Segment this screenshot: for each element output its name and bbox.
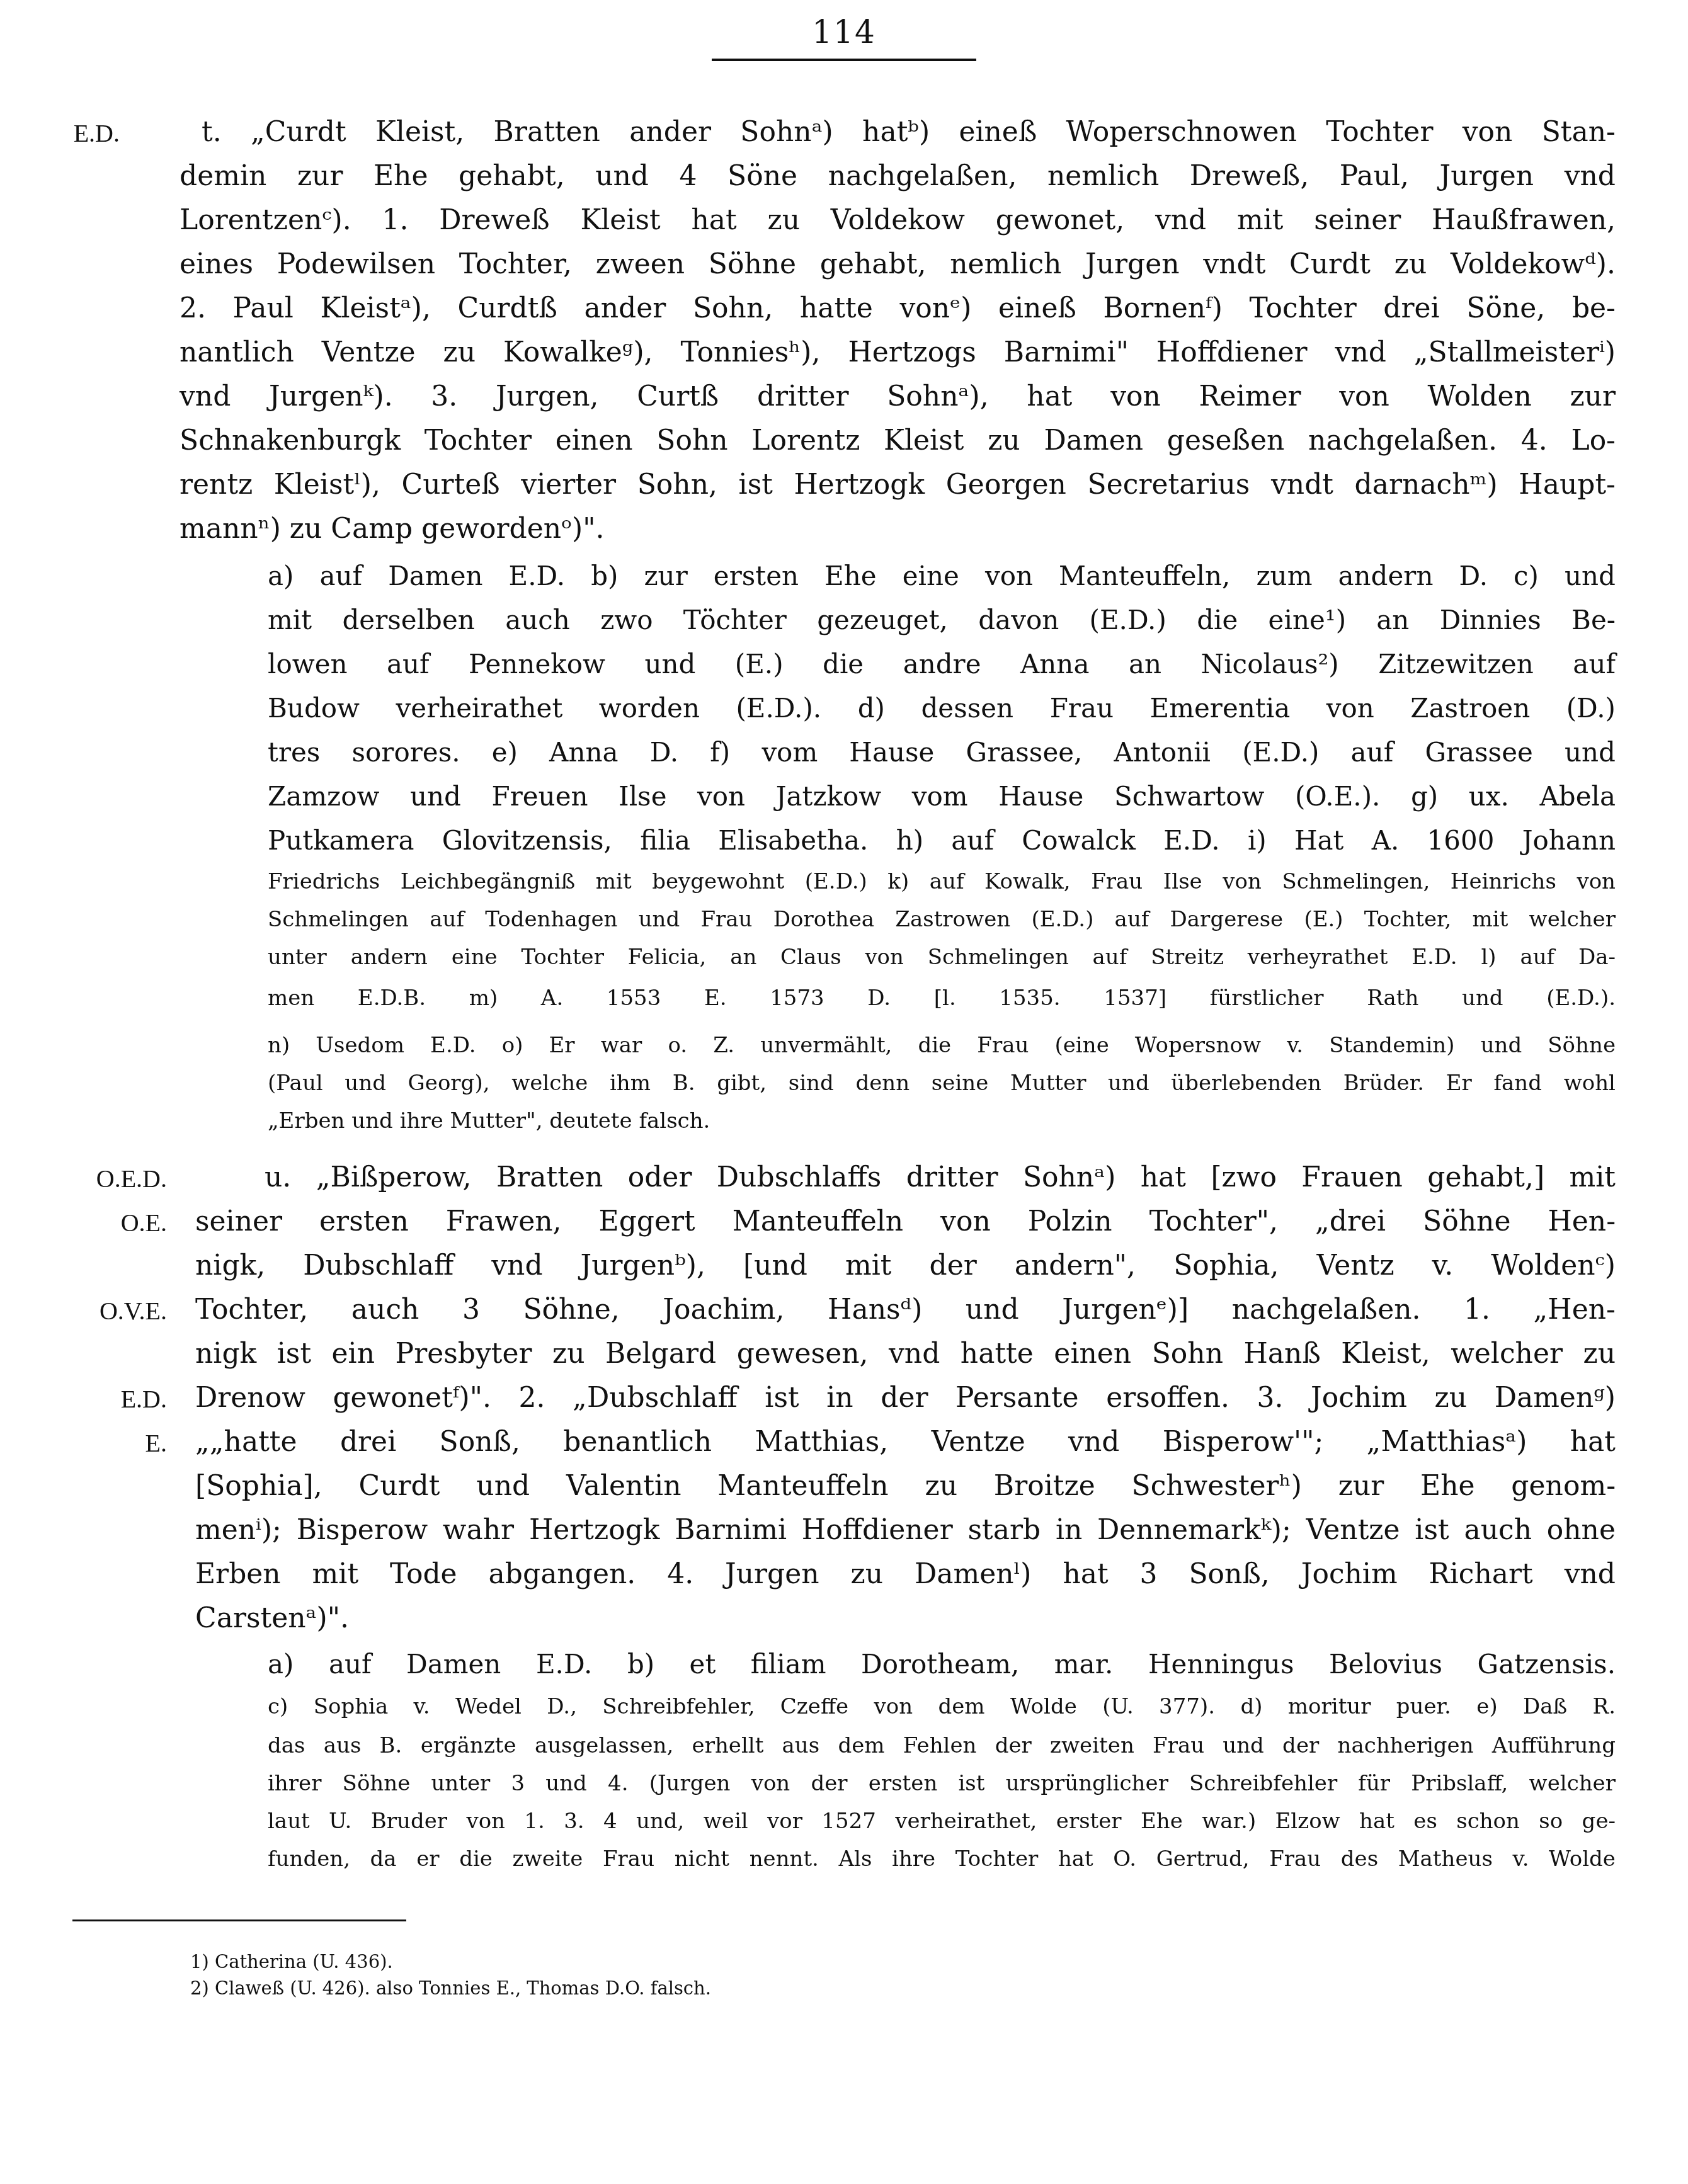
note-line: c) Sophia v. Wedel D., Schreibfehler, Cz… — [268, 1694, 1616, 1719]
margin-source-note: O.E. — [41, 1208, 167, 1237]
text-line: nigk, Dubschlaff vnd Jurgenᵇ), [und mit … — [195, 1249, 1616, 1282]
text-line: Schnakenburgk Tochter einen Sohn Lorentz… — [180, 424, 1616, 457]
note-line: Putkamera Glovitzensis, filia Elisabetha… — [268, 825, 1616, 856]
note-line: a) auf Damen E.D. b) et filiam Dorotheam… — [268, 1649, 1616, 1680]
margin-source-note: O.V.E. — [41, 1296, 167, 1326]
note-line: Budow verheirathet worden (E.D.). d) des… — [268, 693, 1616, 724]
margin-source-note: E.D. — [41, 1384, 167, 1414]
text-line: vnd Jurgenᵏ). 3. Jurgen, Curtß dritter S… — [180, 380, 1616, 412]
note-line: (Paul und Georg), welche ihm B. gibt, si… — [268, 1071, 1616, 1096]
footnote-item: 2) Claweß (U. 426). also Tonnies E., Tho… — [190, 1977, 711, 1999]
text-line: Carstenᵃ)". — [195, 1602, 1616, 1634]
note-line: funden, da er die zweite Frau nicht nenn… — [268, 1846, 1616, 1872]
text-line: u. „Bißperow, Bratten oder Dubschlaffs d… — [265, 1161, 1616, 1193]
text-line: nigk ist ein Presbyter zu Belgard gewese… — [195, 1338, 1616, 1370]
text-line: Erben mit Tode abgangen. 4. Jurgen zu Da… — [195, 1558, 1616, 1590]
page-number: 114 — [712, 14, 976, 50]
footnote-item: 1) Catherina (U. 436). — [190, 1951, 393, 1972]
note-line: Friedrichs Leichbegängniß mit beygewohnt… — [268, 869, 1616, 894]
text-line: nantlich Ventze zu Kowalkeᵍ), Tonniesʰ),… — [180, 336, 1616, 368]
text-line: t. „Curdt Kleist, Bratten ander Sohnᵃ) h… — [202, 116, 1616, 148]
note-line: unter andern eine Tochter Felicia, an Cl… — [268, 945, 1616, 970]
page-number-rule — [712, 59, 976, 61]
text-line: rentz Kleistˡ), Curteß vierter Sohn, ist… — [180, 469, 1616, 501]
note-line: a) auf Damen E.D. b) zur ersten Ehe eine… — [268, 560, 1616, 591]
margin-source-note: E. — [41, 1428, 167, 1458]
text-line: menⁱ); Bisperow wahr Hertzogk Barnimi Ho… — [195, 1514, 1616, 1546]
margin-source-note: O.E.D. — [41, 1164, 167, 1193]
text-line: „„hatte drei Sonß, benantlich Matthias, … — [195, 1426, 1616, 1458]
note-line: das aus B. ergänzte ausgelassen, erhellt… — [268, 1733, 1616, 1758]
note-line: mit derselben auch zwo Töchter gezeuget,… — [268, 605, 1616, 635]
note-line: „Erben und ihre Mutter", deutete falsch. — [268, 1108, 1616, 1134]
note-line: men E.D.B. m) A. 1553 E. 1573 D. [l. 153… — [268, 986, 1616, 1011]
text-line: seiner ersten Frawen, Eggert Manteuffeln… — [195, 1205, 1616, 1237]
text-line: eines Podewilsen Tochter, zween Söhne ge… — [180, 248, 1616, 280]
note-line: Schmelingen auf Todenhagen und Frau Doro… — [268, 907, 1616, 932]
note-line: tres sorores. e) Anna D. f) vom Hause Gr… — [268, 737, 1616, 768]
footnote-separator — [72, 1920, 406, 1921]
note-line: lowen auf Pennekow und (E.) die andre An… — [268, 649, 1616, 680]
note-line: Zamzow und Freuen Ilse von Jatzkow vom H… — [268, 781, 1616, 812]
note-line: n) Usedom E.D. o) Er war o. Z. unvermähl… — [268, 1033, 1616, 1058]
text-line: Tochter, auch 3 Söhne, Joachim, Hansᵈ) u… — [195, 1294, 1616, 1326]
text-line: Drenow gewonetᶠ)". 2. „Dubschlaff ist in… — [195, 1382, 1616, 1414]
text-line: mannⁿ) zu Camp gewordenᵒ)". — [180, 513, 1616, 545]
text-line: Lorentzenᶜ). 1. Dreweß Kleist hat zu Vol… — [180, 204, 1616, 236]
note-line: laut U. Bruder von 1. 3. 4 und, weil vor… — [268, 1809, 1616, 1834]
text-line: 2. Paul Kleistᵃ), Curdtß ander Sohn, hat… — [180, 292, 1616, 324]
text-line: demin zur Ehe gehabt, und 4 Söne nachgel… — [180, 160, 1616, 192]
margin-source-note: E.D. — [0, 118, 120, 148]
text-line: [Sophia], Curdt und Valentin Manteuffeln… — [195, 1470, 1616, 1502]
note-line: ihrer Söhne unter 3 und 4. (Jurgen von d… — [268, 1771, 1616, 1796]
